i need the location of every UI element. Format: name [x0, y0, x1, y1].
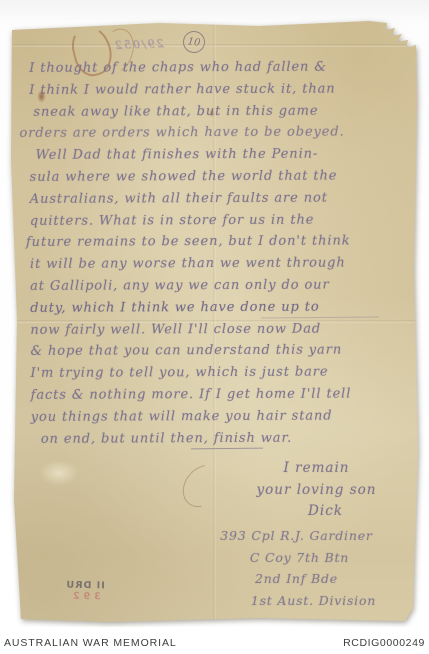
- circled-page-number: 10: [182, 30, 207, 55]
- letter-body: I thought of the chaps who had fallen & …: [29, 56, 409, 450]
- letter-line: Well Dad that finishes with the Penin-: [36, 143, 408, 166]
- letter-line: facts & nothing more. If I get home I'll…: [31, 383, 409, 406]
- letter-line: future remains to be seen, but I don't t…: [26, 231, 408, 254]
- letter-line: sula where we showed the world that the: [30, 165, 408, 188]
- letter-page-wrapper: 29/052 10 I thought of the chaps who had…: [9, 20, 421, 627]
- page-number-label: 10: [187, 36, 201, 49]
- letter-page: 29/052 10 I thought of the chaps who had…: [9, 20, 421, 627]
- institution-label: AUSTRALIAN WAR MEMORIAL: [4, 637, 177, 649]
- address-line: 1st Aust. Division: [223, 590, 404, 612]
- letter-line: at Gallipoli, any way we can only do our: [30, 274, 408, 297]
- letter-line: I'm trying to tell you, which is just ba…: [30, 361, 408, 384]
- letter-line: now fairly well. Well I'll close now Dad: [30, 318, 408, 341]
- letter-line: & hope that you can understand this yarn: [30, 340, 408, 363]
- letter-line: quitters. What is in store for us in the: [30, 209, 408, 232]
- record-id-label: RCDIG0000249: [343, 637, 425, 649]
- bleed-through-mark: 29/052: [113, 37, 164, 52]
- letter-line: it will be any worse than we went throug…: [30, 252, 408, 275]
- closing-line: your loving son: [234, 480, 399, 502]
- letter-line: I think I would rather have stuck it, th…: [29, 78, 407, 101]
- closing-line: I remain: [234, 458, 399, 480]
- letter-line: orders are orders which have to be obeye…: [19, 122, 407, 145]
- signature: Dick: [252, 501, 399, 523]
- reversed-ink-stamp: II DRU 392: [55, 579, 115, 602]
- address-line: 2nd Inf Bde: [189, 568, 404, 590]
- catalogue-footer: AUSTRALIAN WAR MEMORIAL RCDIG0000249: [0, 627, 429, 654]
- fold-crease-top: [9, 44, 415, 47]
- reversed-stamp-number: 392: [55, 590, 115, 602]
- letter-line: I thought of the chaps who had fallen &: [29, 56, 407, 79]
- letter-line: on end, but until then, finish war.: [41, 427, 409, 450]
- address-line: C Coy 7th Btn: [195, 547, 404, 569]
- crease-ring-mark: [174, 457, 231, 515]
- letter-line: you things that will make you hair stand: [31, 405, 409, 428]
- letter-closing: I remain your loving son Dick: [234, 458, 399, 523]
- letter-line: Australians, with all their faults are n…: [30, 187, 408, 210]
- paper-highlight: [39, 460, 79, 486]
- address-line: 393 Cpl R.J. Gardiner: [189, 525, 404, 547]
- letter-line: sneak away like that, but in this game: [33, 100, 407, 123]
- sender-address-block: 393 Cpl R.J. Gardiner C Coy 7th Btn 2nd …: [189, 525, 404, 611]
